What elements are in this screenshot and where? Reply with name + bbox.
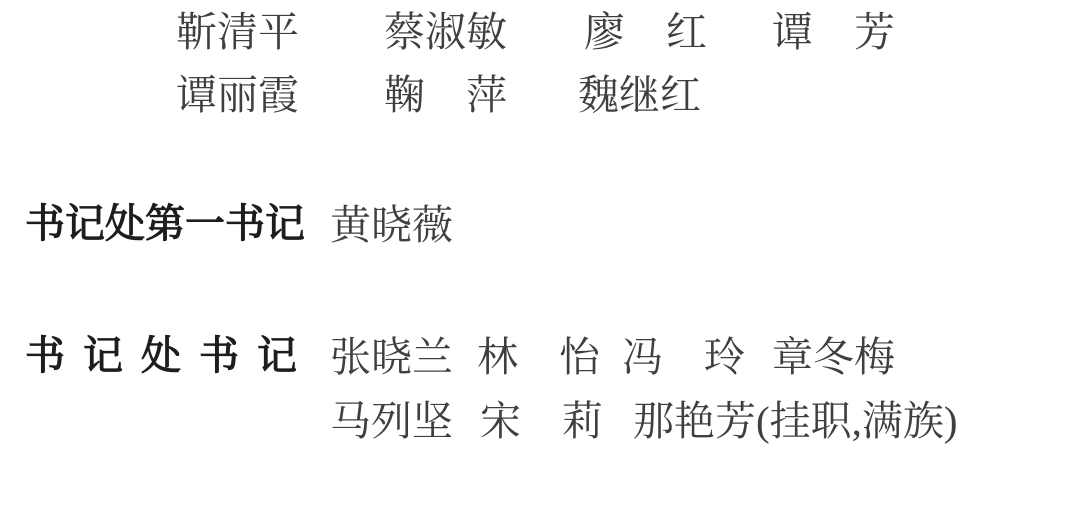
secretary-name: 马列坚 [330,401,453,442]
member-name: 谭 芳 [772,12,895,53]
first-secretary-label: 书记处第一书记 [25,204,305,244]
member-name: 魏继红 [578,75,701,116]
member-name: 靳清平 [176,12,299,53]
member-name: 廖 红 [584,12,707,53]
member-name: 谭丽霞 [176,75,299,116]
secretary-name: 冯 玲 [622,337,745,378]
secretary-name: 宋 莉 [480,401,603,442]
member-name: 蔡淑敏 [384,12,507,53]
secretary-name: 张晓兰 [330,337,453,378]
secretary-name: 章冬梅 [772,337,895,378]
member-name: 鞠 萍 [384,75,507,116]
secretary-name: 那艳芳(挂职,满族) [633,401,958,442]
secretaries-label: 书记处书记 [25,336,297,376]
first-secretary-name: 黄晓薇 [330,205,453,246]
document-page: 靳清平 蔡淑敏 廖 红 谭 芳 谭丽霞 鞠 萍 魏继红 书记处第一书记 黄晓薇 … [0,0,1080,514]
secretary-name: 林 怡 [477,337,600,378]
